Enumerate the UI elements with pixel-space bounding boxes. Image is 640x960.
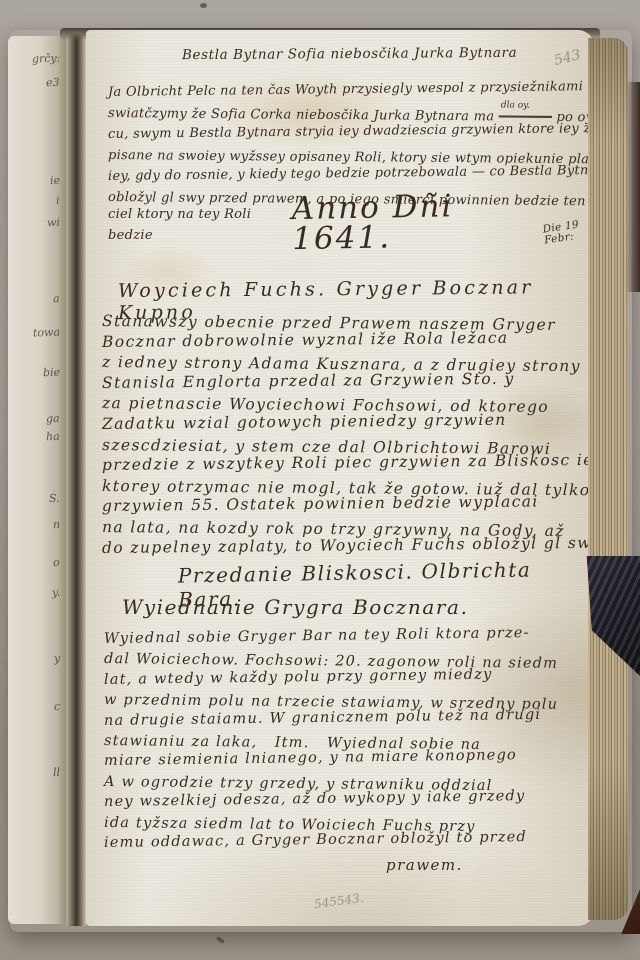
pencil-page-number: 543 — [552, 47, 582, 69]
manuscript-line: Zadatku wzial gotowych pieniedzy grzywie… — [102, 409, 580, 435]
date-note: Die 19 Febr: — [542, 220, 582, 255]
date-line: ciel ktory na tey Roli bedzie Anno Dñi 1… — [108, 208, 580, 252]
manuscript-line: przedzie z wszytkey Roli piec grzywien z… — [102, 450, 580, 476]
line-text: ciel ktory na tey Roli bedzie — [108, 204, 278, 252]
margin-fragment: ie — [50, 174, 60, 187]
margin-fragment: c — [54, 700, 61, 713]
cover-shadow-right — [626, 82, 640, 292]
margin-fragment: grčy: — [31, 52, 60, 66]
margin-fragment: ha — [46, 430, 60, 443]
margin-fragment: i — [56, 194, 60, 207]
manuscript-page: Bestla Bytnar Sofia niebosčika Jurka Byt… — [86, 30, 594, 926]
entry-3-text: Wyiednal sobie Gryger Bar na tey Roli kt… — [104, 629, 582, 853]
manuscript-line: do zupelney zaplaty, to Woyciech Fuchs o… — [102, 533, 580, 559]
photo-scene: grčy: e3 ie i wi a towa bie ga ha S. n o… — [0, 0, 640, 960]
margin-fragment: S. — [49, 492, 60, 505]
margin-fragment: wi — [47, 216, 60, 229]
page-header: Bestla Bytnar Sofia niebosčika Jurka Byt… — [182, 45, 517, 63]
manuscript-book: grčy: e3 ie i wi a towa bie ga ha S. n o… — [4, 22, 640, 934]
margin-fragment: a — [53, 292, 60, 305]
manuscript-line: grzywien 55. Ostatek powinien bedzie wyp… — [102, 491, 580, 517]
manuscript-line: Wyiednal sobie Gryger Bar na tey Roli kt… — [104, 622, 582, 649]
margin-fragment: n — [53, 518, 61, 531]
interlinear-note: dla oy. — [501, 95, 530, 116]
manuscript-line: cu, swym u Bestla Bytnara stryia iey dwa… — [108, 118, 580, 145]
margin-fragment: ga — [46, 412, 60, 425]
manuscript-line: Bocznar dobrowolnie wyznal iže Rola leža… — [102, 327, 580, 353]
page-fore-edge — [588, 38, 628, 920]
pencil-archive-number: 545543. — [313, 891, 364, 912]
entry-2-text: Stanawszy obecnie przed Prawem naszem Gr… — [102, 311, 580, 558]
margin-fragment: bie — [43, 366, 61, 380]
margin-fragment: ll — [53, 766, 60, 779]
background-speck — [216, 936, 226, 944]
margin-fragment: e3 — [46, 76, 60, 89]
margin-fragment: towa — [33, 326, 60, 340]
facing-page-edge: grčy: e3 ie i wi a towa bie ga ha S. n o… — [8, 36, 66, 924]
anno-domini-1641: Anno Dñi 1641. — [292, 190, 534, 254]
manuscript-line: iey, gdy do rosnie, y kiedy tego bedzie … — [108, 160, 580, 187]
margin-fragment: o — [53, 556, 60, 569]
manuscript-line: Stanisla Englorta przedal za Grzywien St… — [102, 368, 580, 394]
background-speck — [200, 3, 207, 8]
entry-1-text: Ja Olbricht Pelc na ten čas Woyth przysi… — [108, 82, 580, 252]
book-gutter — [66, 34, 86, 926]
margin-fragment: y. — [52, 586, 61, 599]
heading-wyiednanie: Wyiednanie Grygra Bocznara. — [122, 595, 469, 619]
closing-word: prawem. — [386, 856, 463, 874]
margin-fragment: y — [54, 652, 61, 665]
